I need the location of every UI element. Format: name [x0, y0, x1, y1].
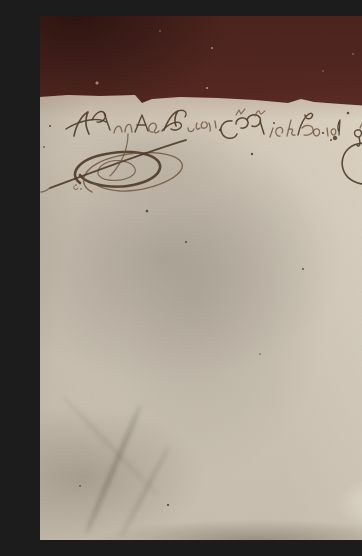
paper-specks [79, 210, 362, 509]
signature-left [43, 110, 221, 148]
flourish-circle-right [342, 112, 362, 185]
manuscript-photo: Photograph of an aged cream-coloured man… [40, 16, 362, 540]
inscription-svg [40, 16, 362, 540]
rubric-flourish-left [41, 134, 186, 192]
inscription-middle [221, 109, 340, 155]
dust-specks [96, 30, 354, 89]
ink-blot [333, 136, 337, 140]
